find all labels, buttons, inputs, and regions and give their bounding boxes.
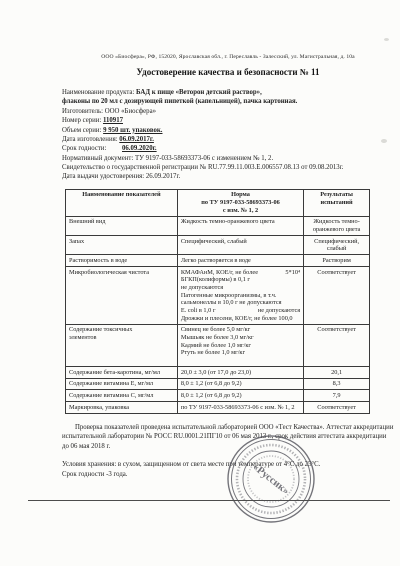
cell-line: не допускаются (181, 284, 300, 292)
cell-line: Содержание витамина Е, мг/мл (69, 380, 174, 388)
cell-line: 8,0 ± 1,2 (от 6,8 до 9,2) (181, 380, 300, 388)
cell-line: испытаний (307, 199, 366, 207)
info-value: Дата выдачи удостоверения: 26.09.2017г. (62, 173, 180, 180)
info-value: БАД к пище «Веторон детский раствор», (136, 89, 262, 96)
table-row: Содержание токсичныхэлементовСвинец не б… (66, 324, 370, 366)
cell-line: Патогенные микроорганизмы, в т.ч. (181, 292, 300, 300)
info-label: Дата изготовления: (62, 136, 119, 143)
norm-cell: Специфический, слабый (177, 236, 303, 255)
table-row: Содержание витамина Е, мг/мл8,0 ± 1,2 (о… (66, 378, 370, 390)
cell-line: Жидкость темно- (307, 218, 366, 226)
cell-line: Свинец не более 5,0 мг/кг (181, 326, 300, 334)
indicator-cell: Внешний вид (66, 216, 178, 235)
cell-line: Дрожжи и плесени, КОЕ/г, не более 100,0 (181, 315, 300, 323)
cell-line: Специфический, (307, 238, 366, 246)
result-cell: 20,1 (304, 367, 370, 379)
cell-line: Запах (69, 238, 174, 246)
signature-line (28, 500, 390, 501)
cell-line: Соответствует (307, 269, 366, 277)
table-header-cell: Результатыиспытаний (304, 189, 370, 216)
cell-line: Легко растворяется в воде (181, 257, 300, 265)
table-header-cell: Нормапо ТУ 9197-033-58693373-06с изм. № … (177, 189, 303, 216)
cell-line: Наименование показателей (69, 191, 174, 199)
info-value: 06.09.2017г. (119, 136, 154, 143)
result-cell: Соответствует (304, 402, 370, 414)
cell-line: E. coli в 1,0 гне допускаются (181, 307, 300, 315)
norm-cell: КМАФАнМ, КОЕ/г, не более5*10⁴БГКП(колифо… (177, 267, 303, 325)
indicator-cell: Запах (66, 236, 178, 255)
cell-line: Содержание токсичных (69, 326, 174, 334)
scan-artifact (381, 139, 387, 143)
cell-line: оранжевого цвета (307, 226, 366, 234)
result-cell: Соответствует (304, 324, 370, 366)
info-line: Дата изготовления: 06.09.2017г. (62, 135, 394, 144)
cell-line: Мышьяк не более 3,0 мг/кг (181, 334, 300, 342)
indicator-cell: Содержание токсичныхэлементов (66, 324, 178, 366)
info-line: Изготовитель: ООО «Биосфера» (62, 107, 394, 116)
indicator-cell: Маркировка, упаковка (66, 402, 178, 414)
cell-line: Растворимость в воде (69, 257, 174, 265)
spec-table: Наименование показателейНормапо ТУ 9197-… (65, 189, 370, 414)
cell-line: сальмонеллы в 10,0 г не допускаются (181, 299, 300, 307)
info-value: Свидетельство о государственной регистра… (62, 164, 343, 171)
cell-line: Норма (181, 191, 300, 199)
product-info: Наименование продукта: БАД к пище «Ветор… (62, 88, 394, 182)
cell-line: 8,3 (307, 380, 366, 388)
norm-cell: Жидкость темно-оранжевого цвета (177, 216, 303, 235)
document-title: Удостоверение качества и безопасности № … (62, 67, 394, 77)
indicator-cell: Микробиологическая чистота (66, 267, 178, 325)
cell-line: Микробиологическая чистота (69, 269, 174, 277)
cell-left: E. coli в 1,0 г (181, 307, 216, 315)
norm-cell: Легко растворяется в воде (177, 255, 303, 267)
norm-cell: 20,0 ± 3,0 (от 17,0 до 23,0) (177, 367, 303, 379)
info-value: ООО «Биосфера» (105, 108, 156, 115)
info-value: 9 950 шт. упаковок. (103, 127, 162, 134)
table-header-cell: Наименование показателей (66, 189, 178, 216)
table-row: Микробиологическая чистотаКМАФАнМ, КОЕ/г… (66, 267, 370, 325)
norm-cell: Свинец не более 5,0 мг/кгМышьяк не более… (177, 324, 303, 366)
cell-right: не допускаются (258, 307, 300, 315)
cell-line: Результаты (307, 191, 366, 199)
cell-line: Жидкость темно-оранжевого цвета (181, 218, 300, 226)
norm-cell: по ТУ 9197-033-58693373-06 с изм. № 1, 2 (177, 402, 303, 414)
cell-line: по ТУ 9197-033-58693373-06 с изм. № 1, 2 (181, 404, 300, 412)
table-row: Содержание бета-каротина, мг/мл20,0 ± 3,… (66, 367, 370, 379)
info-line: Дата выдачи удостоверения: 26.09.2017г. (62, 172, 394, 181)
info-value: Нормативный документ: ТУ 9197-033-586933… (62, 155, 273, 162)
info-label: Номер серии: (62, 117, 103, 124)
info-value: флаконы по 20 мл с дозирующей пипеткой (… (62, 98, 297, 105)
scan-artifact (384, 38, 389, 41)
table-row: Маркировка, упаковкапо ТУ 9197-033-58693… (66, 402, 370, 414)
cell-line: Кадмий не более 1,0 мг/кг (181, 342, 300, 350)
document-content: ООО «Биосфера», РФ, 152020, Ярославская … (62, 0, 394, 479)
info-label: Изготовитель: (62, 108, 105, 115)
cell-line: Специфический, слабый (181, 238, 300, 246)
info-line: Свидетельство о государственной регистра… (62, 163, 394, 172)
table-header-row: Наименование показателейНормапо ТУ 9197-… (66, 189, 370, 216)
info-line: Нормативный документ: ТУ 9197-033-586933… (62, 154, 394, 163)
result-cell: Специфический,слабый (304, 236, 370, 255)
info-label: Наименование продукта: (62, 89, 136, 96)
cell-line: Маркировка, упаковка (69, 404, 174, 412)
info-line: Объем серии: 9 950 шт. упаковок. (62, 126, 394, 135)
cell-line: Растворим (307, 257, 366, 265)
cell-line: Соответствует (307, 326, 366, 334)
document-page: ООО «Биосфера», РФ, 152020, Ярославская … (0, 0, 400, 566)
result-cell: Растворим (304, 255, 370, 267)
company-stamp: «Руссик» (226, 434, 316, 524)
cell-line: по ТУ 9197-033-58693373-06 (181, 199, 300, 207)
cell-line: 20,0 ± 3,0 (от 17,0 до 23,0) (181, 369, 300, 377)
result-cell: 7,9 (304, 390, 370, 402)
info-line: флаконы по 20 мл с дозирующей пипеткой (… (62, 97, 394, 106)
stamp-center-text: «Руссик» (250, 462, 291, 497)
cell-line: 7,9 (307, 392, 366, 400)
cell-line: Ртуть не более 1,0 мг/кг (181, 349, 300, 357)
info-line: Наименование продукта: БАД к пище «Ветор… (62, 88, 394, 97)
norm-cell: 8,0 ± 1,2 (от 6,8 до 9,2) (177, 378, 303, 390)
cell-line: КМАФАнМ, КОЕ/г, не более5*10⁴ (181, 269, 300, 277)
table-row: Растворимость в водеЛегко растворяется в… (66, 255, 370, 267)
info-value: 06.09.2020г. (122, 145, 157, 152)
cell-line: элементов (69, 334, 174, 342)
cell-left: КМАФАнМ, КОЕ/г, не более (181, 269, 258, 277)
cell-line: Внешний вид (69, 218, 174, 226)
table-row: ЗапахСпецифический, слабыйСпецифический,… (66, 236, 370, 255)
table-row: Внешний видЖидкость темно-оранжевого цве… (66, 216, 370, 235)
company-address-line: ООО «Биосфера», РФ, 152020, Ярославская … (62, 0, 394, 60)
result-cell: 8,3 (304, 378, 370, 390)
indicator-cell: Содержание витамина Е, мг/мл (66, 378, 178, 390)
cell-line: Содержание бета-каротина, мг/мл (69, 369, 174, 377)
norm-cell: 8,0 ± 1,2 (от 6,8 до 9,2) (177, 390, 303, 402)
cell-right: 5*10⁴ (285, 269, 300, 277)
cell-line: БГКП(колиформы) в 0,1 г (181, 276, 300, 284)
cell-line: 8,0 ± 1,2 (от 6,8 до 9,2) (181, 392, 300, 400)
table-row: Содержание витамина С, мг/мл8,0 ± 1,2 (о… (66, 390, 370, 402)
cell-line: Содержание витамина С, мг/мл (69, 392, 174, 400)
info-line: Срок годности: 06.09.2020г. (62, 144, 394, 153)
indicator-cell: Растворимость в воде (66, 255, 178, 267)
info-line: Номер серии: 110917 (62, 116, 394, 125)
indicator-cell: Содержание бета-каротина, мг/мл (66, 367, 178, 379)
indicator-cell: Содержание витамина С, мг/мл (66, 390, 178, 402)
cell-line: 20,1 (307, 369, 366, 377)
cell-line: слабый (307, 245, 366, 253)
result-cell: Жидкость темно-оранжевого цвета (304, 216, 370, 235)
info-value: 110917 (103, 117, 123, 124)
cell-line: с изм. № 1, 2 (181, 207, 300, 215)
info-label: Срок годности: (62, 144, 122, 153)
cell-line: Соответствует (307, 404, 366, 412)
result-cell: Соответствует (304, 267, 370, 325)
info-label: Объем серии: (62, 127, 103, 134)
